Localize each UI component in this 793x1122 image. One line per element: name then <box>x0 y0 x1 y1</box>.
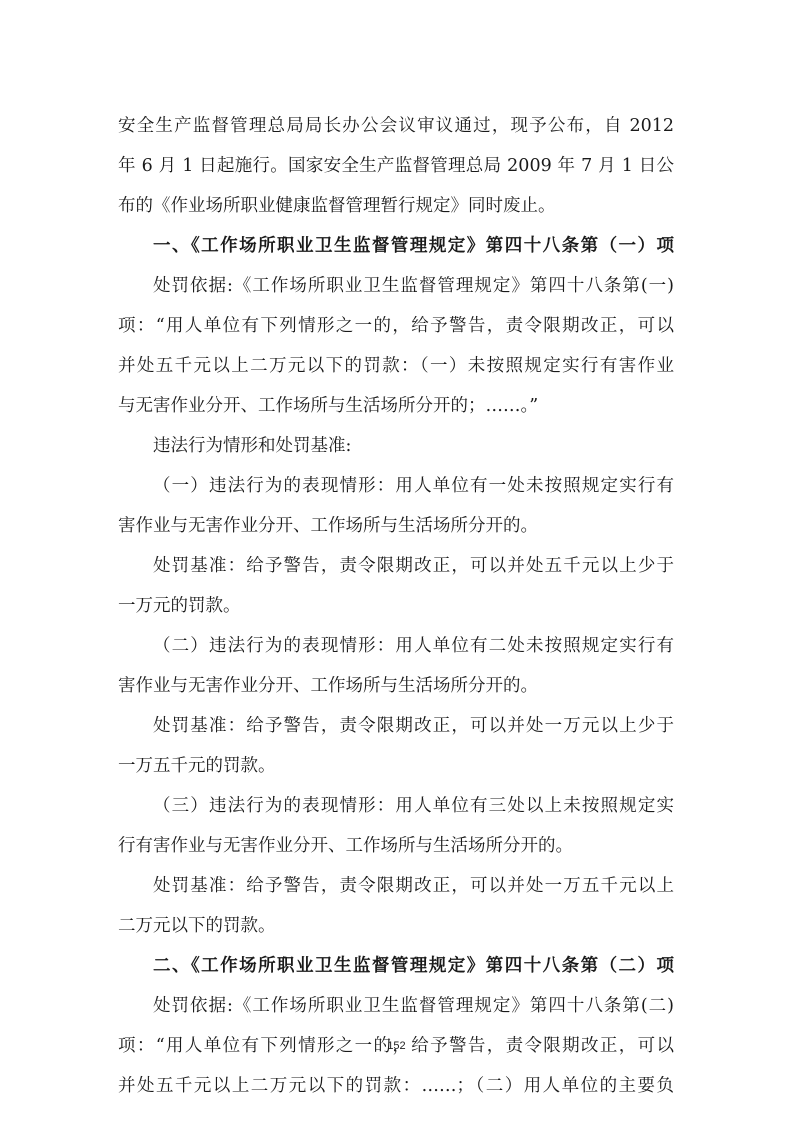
text-line: 行有害作业与无害作业分开、工作场所与生活场所分开的。 <box>118 833 674 859</box>
penalty-basis: 处罚依据:《工作场所职业卫生监督管理规定》第四十八条第(一) <box>118 273 674 299</box>
text-line: 布的《作业场所职业健康监督管理暂行规定》同时废止。 <box>118 193 674 219</box>
text-line: 安全生产监督管理总局局长办公会议审议通过，现予公布，自 2012 <box>118 113 674 139</box>
text-line: 并处五千元以上二万元以下的罚款：……；（二）用人单位的主要负 <box>118 1073 674 1099</box>
section-heading-2: 二、《工作场所职业卫生监督管理规定》第四十八条第（二）项 <box>118 953 674 979</box>
penalty-basis: 处罚依据:《工作场所职业卫生监督管理规定》第四十八条第(二) <box>118 993 674 1019</box>
text-line: 一万元的罚款。 <box>118 593 674 619</box>
violation-case-2: （二）违法行为的表现情形：用人单位有二处未按照规定实行有 <box>118 633 674 659</box>
text-line: 项：“用人单位有下列情形之一的，给予警告，责令限期改正，可以 <box>118 313 674 339</box>
violation-case-3: （三）违法行为的表现情形：用人单位有三处以上未按照规定实 <box>118 793 674 819</box>
text-line: 害作业与无害作业分开、工作场所与生活场所分开的。 <box>118 673 674 699</box>
text-line: 与无害作业分开、工作场所与生活场所分开的；……。” <box>118 393 674 419</box>
text-line: 二万元以下的罚款。 <box>118 913 674 939</box>
penalty-standard-2: 处罚基准：给予警告，责令限期改正，可以并处一万元以上少于 <box>118 713 674 739</box>
text-line: 一万五千元的罚款。 <box>118 753 674 779</box>
subheading: 违法行为情形和处罚基准: <box>118 433 674 459</box>
text-line: 害作业与无害作业分开、工作场所与生活场所分开的。 <box>118 513 674 539</box>
penalty-standard-1: 处罚基准：给予警告，责令限期改正，可以并处五千元以上少于 <box>118 553 674 579</box>
penalty-standard-3: 处罚基准：给予警告，责令限期改正，可以并处一万五千元以上 <box>118 873 674 899</box>
text-line: 并处五千元以上二万元以下的罚款：（一）未按照规定实行有害作业 <box>118 353 674 379</box>
section-heading-1: 一、《工作场所职业卫生监督管理规定》第四十八条第（一）项 <box>118 233 674 259</box>
page-number: 152 <box>0 1040 793 1052</box>
text-line: 年 6 月 1 日起施行。国家安全生产监督管理总局 2009 年 7 月 1 日… <box>118 153 674 179</box>
violation-case-1: （一）违法行为的表现情形：用人单位有一处未按照规定实行有 <box>118 473 674 499</box>
